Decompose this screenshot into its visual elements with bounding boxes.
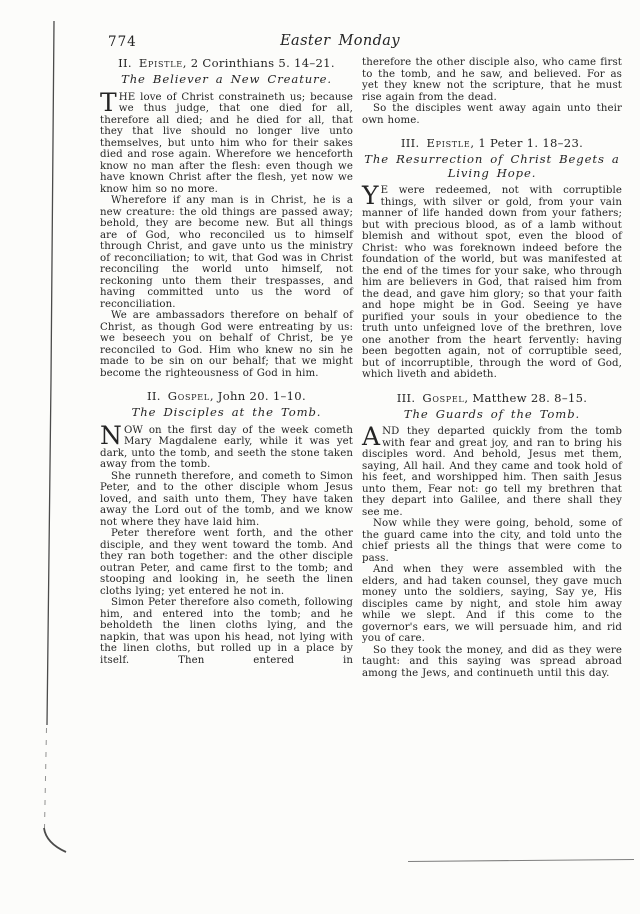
- paragraph: Now while they were going, behold, some …: [362, 518, 622, 564]
- paragraph: She runneth therefore, and cometh to Sim…: [100, 471, 353, 529]
- column-right: therefore the other disciple also, who c…: [362, 57, 622, 679]
- paragraph: YE were redeemed, not with corruptible t…: [362, 185, 622, 381]
- section-heading: III.Gospel, Matthew 28. 8–15.: [362, 392, 622, 405]
- section-subtitle: The Disciples at the Tomb.: [100, 406, 353, 420]
- paragraph: Simon Peter therefore also cometh, follo…: [100, 597, 353, 666]
- column-left: II.Epistle, 2 Corinthians 5. 14–21. The …: [100, 57, 353, 666]
- dropcap: Y: [362, 185, 381, 206]
- section-reference: , John 20. 1–10.: [210, 389, 306, 403]
- section-epistle-1peter: III.Epistle, 1 Peter 1. 18–23. The Resur…: [362, 137, 622, 381]
- section-subtitle: The Guards of the Tomb.: [362, 408, 622, 422]
- paragraph: So the disciples went away again unto th…: [362, 103, 622, 126]
- section-subtitle: The Resurrection of Christ Begets a Livi…: [362, 153, 622, 180]
- binding-line-faded: [45, 728, 47, 828]
- paragraph-text: OW on the first day of the week cometh M…: [100, 425, 353, 471]
- paragraph-text: ND they departed quickly from the tomb w…: [362, 426, 622, 518]
- section-heading: II.Gospel, John 20. 1–10.: [100, 390, 353, 403]
- section-label: Epistle: [139, 56, 183, 70]
- paragraph: And when they were assembled with the el…: [362, 564, 622, 645]
- dropcap: A: [362, 426, 382, 447]
- section-numeral: III.: [397, 391, 416, 405]
- page-edge-line: [408, 860, 634, 862]
- section-epistle-2cor: II.Epistle, 2 Corinthians 5. 14–21. The …: [100, 57, 353, 379]
- section-label: Gospel: [422, 391, 464, 405]
- binding-line: [47, 21, 54, 725]
- paragraph: therefore the other disciple also, who c…: [362, 57, 622, 103]
- paragraph: So they took the money, and did as they …: [362, 645, 622, 680]
- dropcap: N: [100, 425, 124, 446]
- section-reference: , 1 Peter 1. 18–23.: [470, 136, 583, 150]
- section-label: Gospel: [168, 389, 210, 403]
- paragraph: We are ambassadors therefore on behalf o…: [100, 310, 353, 379]
- paragraph: Peter therefore went forth, and the othe…: [100, 528, 353, 597]
- paragraph-text: HE love of Christ constraineth us; becau…: [100, 92, 353, 195]
- paragraph-text: E were redeemed, not with corruptible th…: [362, 185, 622, 380]
- section-numeral: III.: [401, 136, 420, 150]
- paragraph: Wherefore if any man is in Christ, he is…: [100, 195, 353, 310]
- scanned-book-page: 774 Easter Monday II.Epistle, 2 Corinthi…: [0, 0, 640, 914]
- section-reference: , Matthew 28. 8–15.: [464, 391, 587, 405]
- section-gospel-john: II.Gospel, John 20. 1–10. The Disciples …: [100, 390, 353, 666]
- section-continuation: therefore the other disciple also, who c…: [362, 57, 622, 126]
- section-gospel-matthew: III.Gospel, Matthew 28. 8–15. The Guards…: [362, 392, 622, 680]
- section-reference: , 2 Corinthians 5. 14–21.: [183, 56, 335, 70]
- binding-hook: [44, 828, 66, 852]
- running-title: Easter Monday: [60, 33, 620, 49]
- section-subtitle: The Believer a New Creature.: [100, 73, 353, 87]
- dropcap: T: [100, 92, 119, 113]
- section-label: Epistle: [426, 136, 470, 150]
- section-heading: III.Epistle, 1 Peter 1. 18–23.: [362, 137, 622, 150]
- section-numeral: II.: [118, 56, 132, 70]
- section-heading: II.Epistle, 2 Corinthians 5. 14–21.: [100, 57, 353, 70]
- paragraph: AND they departed quickly from the tomb …: [362, 426, 622, 518]
- section-numeral: II.: [147, 389, 161, 403]
- paragraph: NOW on the first day of the week cometh …: [100, 425, 353, 471]
- paragraph: THE love of Christ constraineth us; beca…: [100, 92, 353, 196]
